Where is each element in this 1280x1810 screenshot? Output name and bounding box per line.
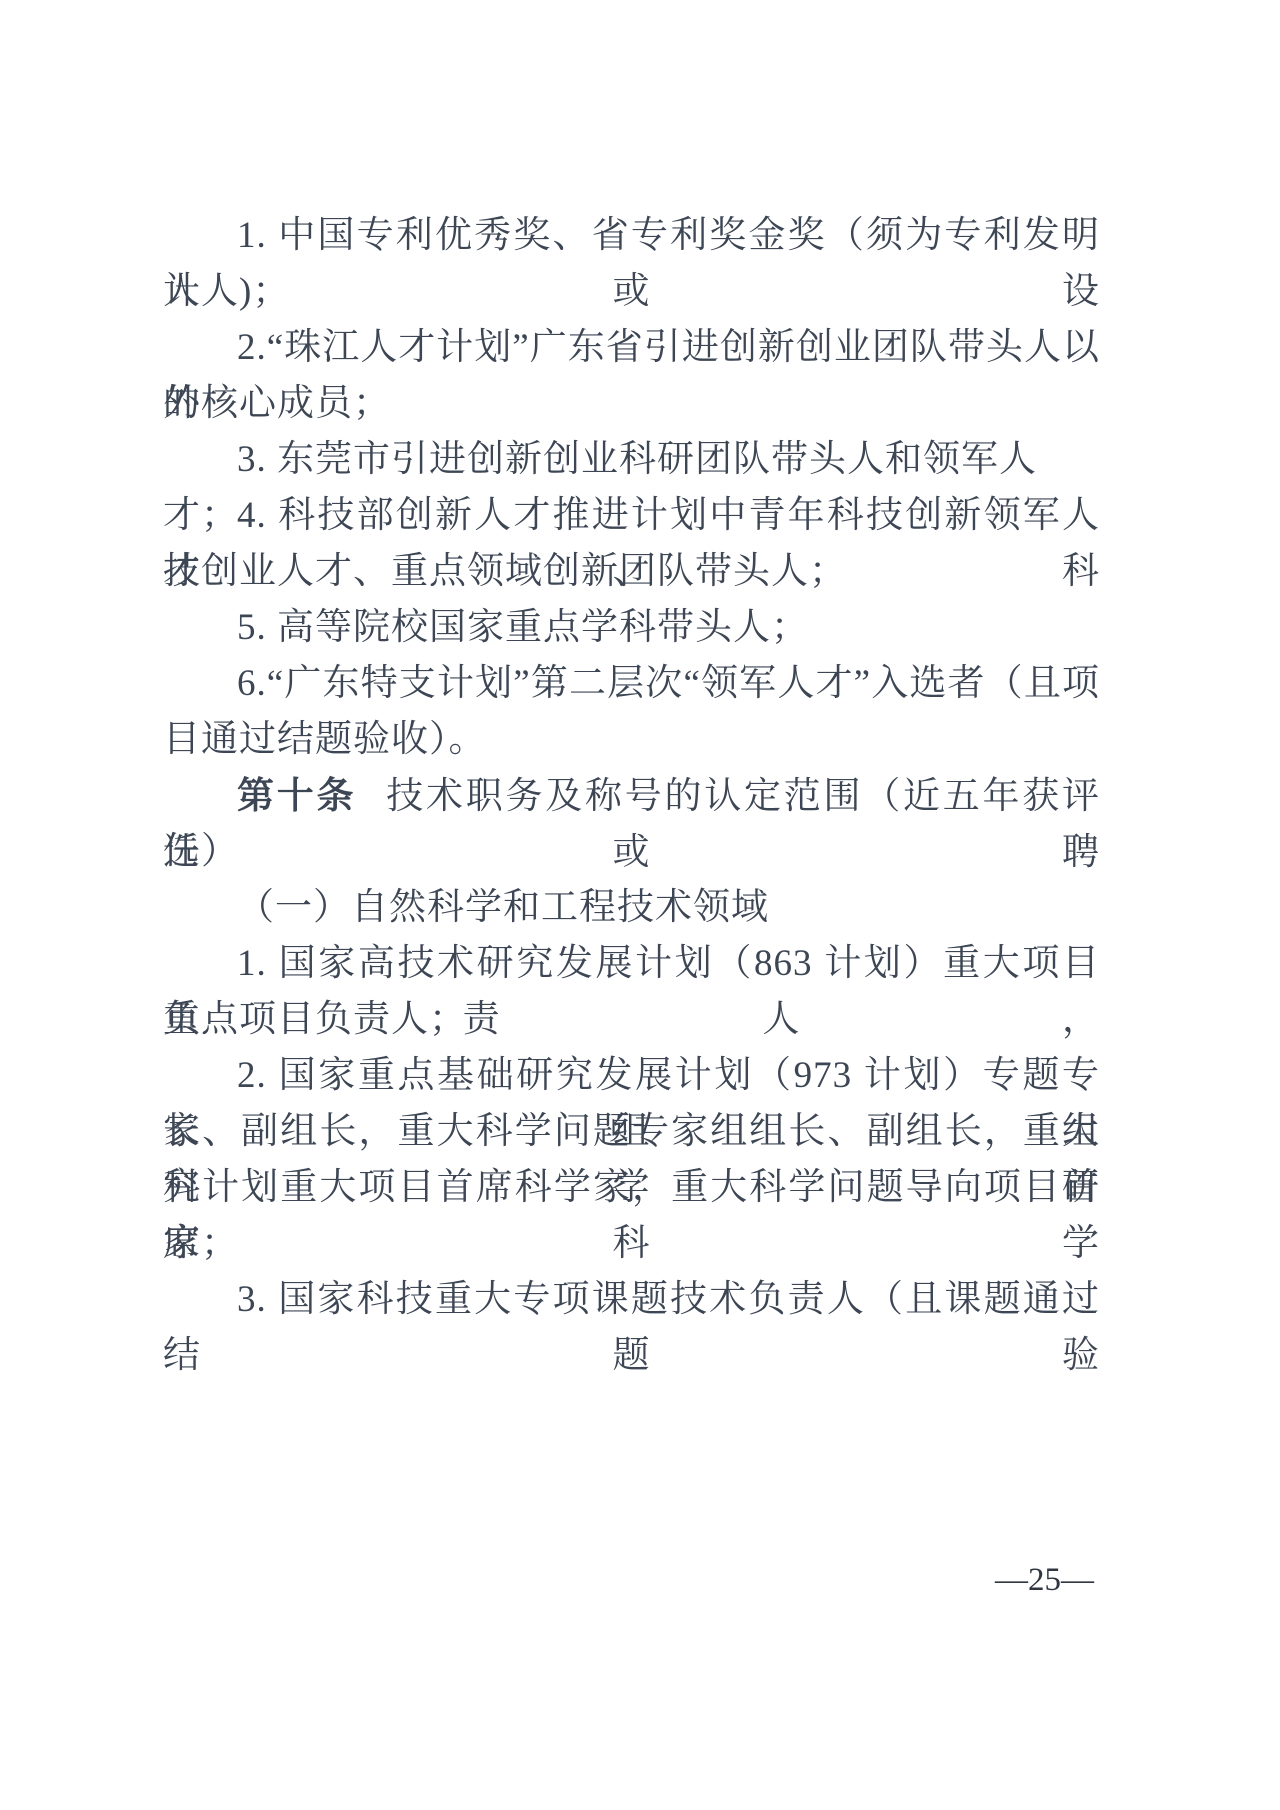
- doc-line: 3. 国家科技重大专项课题技术负责人（且课题通过结题验: [163, 1272, 1100, 1328]
- doc-line: 长、副组长，重大科学问题专家组组长、副组长，重大科学研: [163, 1104, 1100, 1160]
- doc-line: 5. 高等院校国家重点学科带头人；: [163, 600, 1100, 656]
- doc-line: 2. 国家重点基础研究发展计划（973 计划）专题专家组组: [163, 1048, 1100, 1104]
- doc-line: 4. 科技部创新人才推进计划中青年科技创新领军人才、科: [163, 488, 1100, 544]
- article-number-label: 第十条: [237, 775, 356, 816]
- doc-line: 6.“广东特支计划”第二层次“领军人才”入选者（且项: [163, 656, 1100, 712]
- doc-line: 1. 中国专利优秀奖、省专利奖金奖（须为专利发明人或设: [163, 208, 1100, 264]
- doc-line: （一）自然科学和工程技术领域: [163, 880, 1100, 936]
- doc-line: 目通过结题验收）。: [163, 712, 1100, 768]
- document-body: 1. 中国专利优秀奖、省专利奖金奖（须为专利发明人或设 计人)； 2.“珠江人才…: [163, 208, 1100, 1328]
- doc-line: 2.“珠江人才计划”广东省引进创新创业团队带头人以外: [163, 320, 1100, 376]
- doc-line: 3. 东莞市引进创新创业科研团队带头人和领军人才；: [163, 432, 1100, 488]
- doc-line: 1. 国家高技术研究发展计划（863 计划）重大项目负责人，: [163, 936, 1100, 992]
- doc-line: 究计划重大项目首席科学家，重大科学问题导向项目首席科学: [163, 1160, 1100, 1216]
- document-page: 1. 中国专利优秀奖、省专利奖金奖（须为专利发明人或设 计人)； 2.“珠江人才…: [0, 0, 1280, 1810]
- page-number: —25—: [995, 1560, 1115, 1600]
- doc-line: 的核心成员；: [163, 376, 1100, 432]
- doc-line-article-10: 第十条技术职务及称号的认定范围（近五年获评选或聘: [163, 768, 1100, 824]
